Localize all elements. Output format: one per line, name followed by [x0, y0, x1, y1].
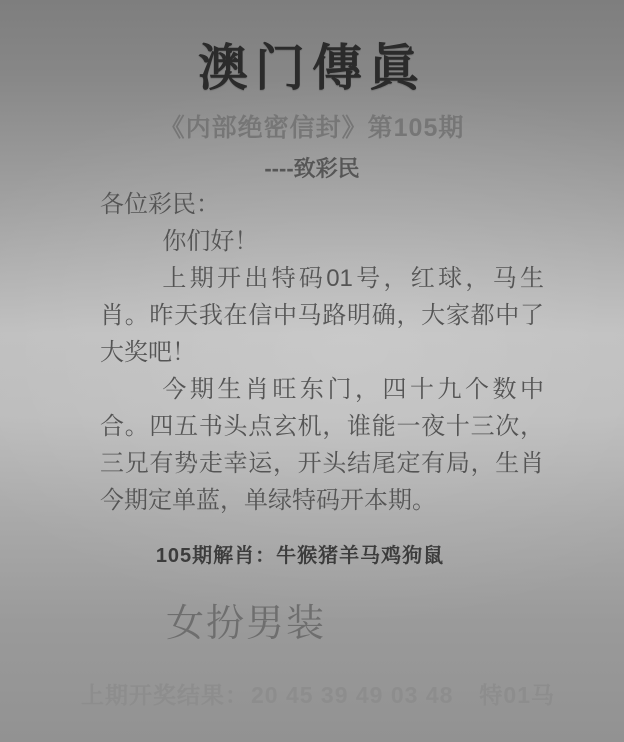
- greeting: 你们好！: [100, 223, 544, 260]
- zodiac-hint-line: 105期解肖：牛猴猪羊马鸡狗鼠: [0, 545, 612, 568]
- paragraph-current-hint: 今期生肖旺东门，四十九个数中合。四五书头点玄机，谁能一夜十三次，三兄有势走幸运，…: [100, 371, 544, 519]
- result-label: 上期开奖结果：: [81, 682, 249, 708]
- dedication-line: ----致彩民: [0, 157, 624, 181]
- result-special-number: 特01马: [479, 682, 555, 708]
- paragraph-previous-result: 上期开出特码01号，红球，马生肖。昨天我在信中马路明确，大家都中了大奖吧！: [100, 260, 544, 371]
- result-numbers: 20 45 39 49 03 48: [251, 682, 453, 708]
- page-title: 澳门傳眞: [0, 0, 624, 94]
- riddle-phrase: 女扮男装: [0, 604, 558, 644]
- letter-body: 各位彩民： 你们好！ 上期开出特码01号，红球，马生肖。昨天我在信中马路明确，大…: [0, 186, 624, 519]
- salutation: 各位彩民：: [100, 186, 544, 223]
- issue-subtitle: 《内部绝密信封》第105期: [0, 115, 624, 142]
- fax-flyer: 澳门傳眞 《内部绝密信封》第105期 ----致彩民 各位彩民： 你们好！ 上期…: [0, 0, 624, 742]
- previous-draw-result: 上期开奖结果：20 45 39 49 03 48特01马: [6, 682, 624, 708]
